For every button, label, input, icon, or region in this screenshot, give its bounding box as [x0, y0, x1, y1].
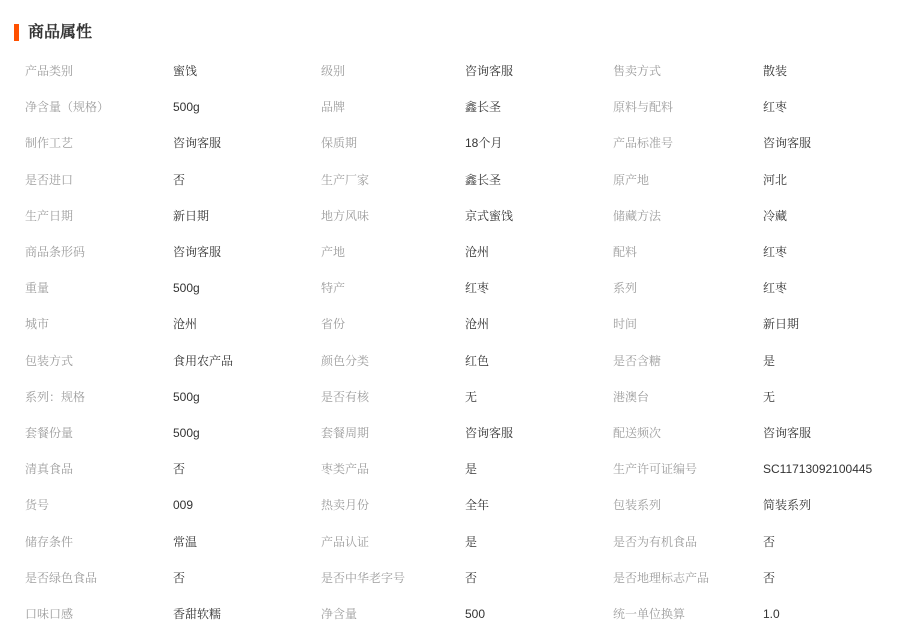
accent-bar-icon [14, 24, 19, 41]
attribute-label: 热卖月份 [321, 498, 465, 512]
attribute-label: 是否有核 [321, 390, 465, 404]
attribute-label: 颜色分类 [321, 354, 465, 368]
attribute-value: 鑫长圣 [465, 100, 613, 114]
attribute-value: 蜜饯 [173, 64, 321, 78]
attribute-value: 红色 [465, 354, 613, 368]
attribute-value: 沧州 [465, 245, 613, 259]
product-attributes-page: 商品属性 产品类别蜜饯级别咨询客服售卖方式散装净含量（规格）500g品牌鑫长圣原… [0, 0, 924, 627]
attribute-label: 地方风味 [321, 209, 465, 223]
attribute-label: 包装方式 [25, 354, 173, 368]
attribute-value: 009 [173, 498, 321, 512]
attribute-value: 河北 [763, 173, 924, 187]
attribute-value: 是 [465, 462, 613, 476]
attribute-value: SC11713092100445 [763, 462, 924, 476]
attribute-label: 生产厂家 [321, 173, 465, 187]
attribute-value: 鑫长圣 [465, 173, 613, 187]
attribute-label: 统一单位换算 [613, 607, 763, 621]
attribute-value: 食用农产品 [173, 354, 321, 368]
attribute-label: 枣类产品 [321, 462, 465, 476]
attribute-label: 货号 [25, 498, 173, 512]
section-title: 商品属性 [28, 24, 92, 41]
attribute-value: 咨询客服 [173, 136, 321, 150]
attribute-label: 配送频次 [613, 426, 763, 440]
section-header: 商品属性 [14, 24, 92, 41]
attribute-label: 重量 [25, 281, 173, 295]
attribute-value: 常温 [173, 535, 321, 549]
attribute-value: 否 [763, 571, 924, 585]
attribute-label: 套餐周期 [321, 426, 465, 440]
attribute-value: 500g [173, 426, 321, 440]
attribute-label: 商品条形码 [25, 245, 173, 259]
attribute-value: 沧州 [173, 317, 321, 331]
attribute-label: 是否进口 [25, 173, 173, 187]
attribute-value: 1.0 [763, 607, 924, 621]
attribute-label: 是否中华老字号 [321, 571, 465, 585]
attribute-label: 系列 [613, 281, 763, 295]
attribute-label: 是否含糖 [613, 354, 763, 368]
attribute-value: 否 [763, 535, 924, 549]
attribute-value: 红枣 [763, 281, 924, 295]
attribute-value: 冷藏 [763, 209, 924, 223]
attribute-label: 生产日期 [25, 209, 173, 223]
attribute-value: 京式蜜饯 [465, 209, 613, 223]
attribute-value: 500g [173, 281, 321, 295]
attribute-value: 新日期 [763, 317, 924, 331]
attribute-label: 城市 [25, 317, 173, 331]
attribute-label: 特产 [321, 281, 465, 295]
attribute-label: 储存条件 [25, 535, 173, 549]
attribute-value: 全年 [465, 498, 613, 512]
attribute-label: 原产地 [613, 173, 763, 187]
attribute-label: 净含量（规格） [25, 100, 173, 114]
attribute-value: 咨询客服 [763, 426, 924, 440]
attribute-value: 红枣 [763, 100, 924, 114]
attribute-value: 否 [173, 571, 321, 585]
attribute-label: 储藏方法 [613, 209, 763, 223]
attribute-label: 是否地理标志产品 [613, 571, 763, 585]
attribute-value: 红枣 [465, 281, 613, 295]
attribute-label: 配料 [613, 245, 763, 259]
attribute-label: 产品标准号 [613, 136, 763, 150]
attribute-label: 套餐份量 [25, 426, 173, 440]
attribute-value: 无 [763, 390, 924, 404]
attribute-label: 产地 [321, 245, 465, 259]
attribute-label: 品牌 [321, 100, 465, 114]
attribute-value: 散装 [763, 64, 924, 78]
attribute-value: 红枣 [763, 245, 924, 259]
attribute-label: 是否绿色食品 [25, 571, 173, 585]
attribute-label: 售卖方式 [613, 64, 763, 78]
attribute-label: 级别 [321, 64, 465, 78]
attribute-label: 保质期 [321, 136, 465, 150]
attribute-value: 简装系列 [763, 498, 924, 512]
attribute-value: 咨询客服 [173, 245, 321, 259]
attribute-label: 生产许可证编号 [613, 462, 763, 476]
attribute-value: 咨询客服 [465, 426, 613, 440]
attribute-value: 500g [173, 390, 321, 404]
attributes-table: 产品类别蜜饯级别咨询客服售卖方式散装净含量（规格）500g品牌鑫长圣原料与配料红… [25, 53, 924, 627]
attribute-value: 咨询客服 [465, 64, 613, 78]
attribute-value: 香甜软糯 [173, 607, 321, 621]
attribute-value: 是 [763, 354, 924, 368]
attribute-label: 原料与配料 [613, 100, 763, 114]
attribute-value: 咨询客服 [763, 136, 924, 150]
attribute-label: 口味口感 [25, 607, 173, 621]
attribute-value: 否 [465, 571, 613, 585]
attribute-label: 清真食品 [25, 462, 173, 476]
attribute-value: 否 [173, 173, 321, 187]
attribute-label: 时间 [613, 317, 763, 331]
attribute-value: 500 [465, 607, 613, 621]
attribute-value: 沧州 [465, 317, 613, 331]
attribute-value: 新日期 [173, 209, 321, 223]
attribute-value: 否 [173, 462, 321, 476]
attribute-label: 包装系列 [613, 498, 763, 512]
attribute-value: 是 [465, 535, 613, 549]
attribute-value: 无 [465, 390, 613, 404]
attribute-value: 500g [173, 100, 321, 114]
attribute-value: 18个月 [465, 136, 613, 150]
attribute-label: 制作工艺 [25, 136, 173, 150]
attribute-label: 净含量 [321, 607, 465, 621]
attribute-label: 系列：规格 [25, 390, 173, 404]
attribute-label: 是否为有机食品 [613, 535, 763, 549]
attribute-label: 产品类别 [25, 64, 173, 78]
attribute-label: 产品认证 [321, 535, 465, 549]
attribute-label: 省份 [321, 317, 465, 331]
attribute-label: 港澳台 [613, 390, 763, 404]
